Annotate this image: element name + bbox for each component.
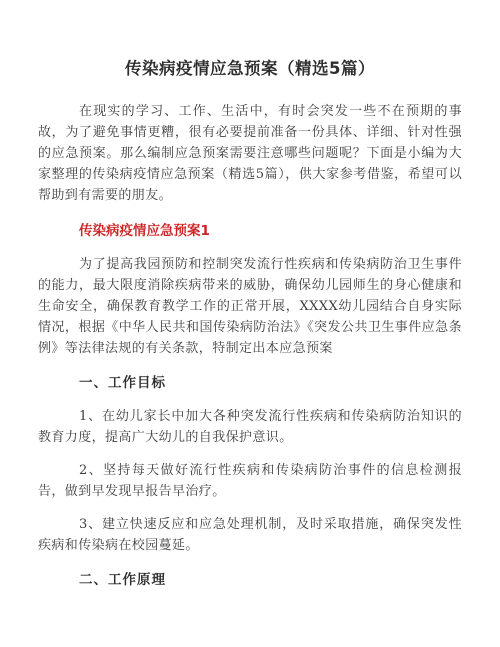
- goal-item-3: 3、建立快速反应和应急处理机制，及时采取措施，确保突发性疾病和传染病在校园蔓延。: [38, 514, 462, 556]
- purpose-paragraph: 为了提高我园预防和控制突发流行性疾病和传染病防治卫生事件的能力，最大限度消除疾病…: [38, 254, 462, 359]
- goal-item-2: 2、坚持每天做好流行性疾病和传染病防治事件的信息检测报告，做到早发现早报告早治疗…: [38, 460, 462, 502]
- document-page: 传染病疫情应急预案（精选5篇） 在现实的学习、工作、生活中，有时会突发一些不在预…: [0, 0, 500, 647]
- document-title: 传染病疫情应急预案（精选5篇）: [38, 57, 462, 81]
- sub-heading-work-principle: 二、工作原理: [38, 570, 462, 591]
- goal-item-1: 1、在幼儿家长中加大各种突发流行性疾病和传染病防治知识的教育力度，提高广大幼儿的…: [38, 406, 462, 448]
- intro-paragraph: 在现实的学习、工作、生活中，有时会突发一些不在预期的事故，为了避免事情更糟，很有…: [38, 101, 462, 206]
- section-heading-plan-1: 传染病疫情应急预案1: [38, 221, 462, 242]
- sub-heading-work-goals: 一、工作目标: [38, 373, 462, 394]
